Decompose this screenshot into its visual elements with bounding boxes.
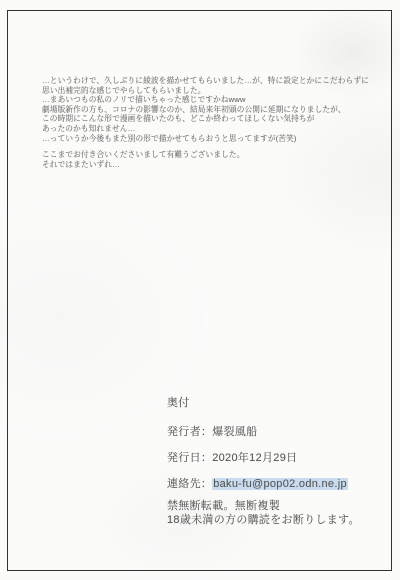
publication-date-row: 発行日：2020年12月29日 [167, 449, 297, 465]
afterword-line: 思い出補完的な感じでやらしてもらいました。 [42, 86, 376, 96]
contact-email-link[interactable]: baku-fu@pop02.odn.ne.jp [212, 478, 348, 490]
afterword-line: あったのかも知れません… [42, 124, 376, 134]
afterword-closing-line: ここまでお付き合いくださいまして有難うございました。 [42, 150, 376, 160]
colophon-heading: 奥付 [167, 394, 190, 410]
afterword-line: …というわけで、久しぶりに綾波を描かせてもらいました…が、特に設定とかにこだわら… [42, 76, 376, 86]
contact-row: 連絡先：baku-fu@pop02.odn.ne.jp [167, 475, 348, 491]
contact-label: 連絡先： [167, 478, 212, 490]
copyright-notice: 禁無断転載。無断複製 18歳未満の方の購読をお断りします。 [167, 499, 360, 527]
afterword-line: …っていうか今後もまた別の形で描かせてもらおうと思ってますが(苦笑) [42, 134, 376, 144]
publication-date-value: 2020年12月29日 [212, 452, 297, 464]
publisher-label: 発行者： [167, 426, 212, 438]
age-restriction-line: 18歳未満の方の購読をお断りします。 [167, 513, 360, 527]
afterword-closing-line: それではまたいずれ… [42, 160, 376, 170]
publisher-value: 爆裂風船 [212, 426, 257, 438]
afterword-line: この時期にこんな形で漫画を描いたのも、どこか終わってほしくない気持ちが [42, 114, 376, 124]
afterword-text: …というわけで、久しぶりに綾波を描かせてもらいました…が、特に設定とかにこだわら… [42, 76, 376, 169]
afterword-line: …まあいつもの私のノリで描いちゃった感じですかねwww [42, 95, 376, 105]
publication-date-label: 発行日： [167, 452, 212, 464]
scanned-page: …というわけで、久しぶりに綾波を描かせてもらいました…が、特に設定とかにこだわら… [0, 0, 400, 580]
afterword-line: 劇場版新作の方も、コロナの影響なのか、結局来年初頭の公開に延期になりましたが、 [42, 105, 376, 115]
publisher-row: 発行者：爆裂風船 [167, 423, 257, 439]
no-reproduction-line: 禁無断転載。無断複製 [167, 499, 360, 513]
